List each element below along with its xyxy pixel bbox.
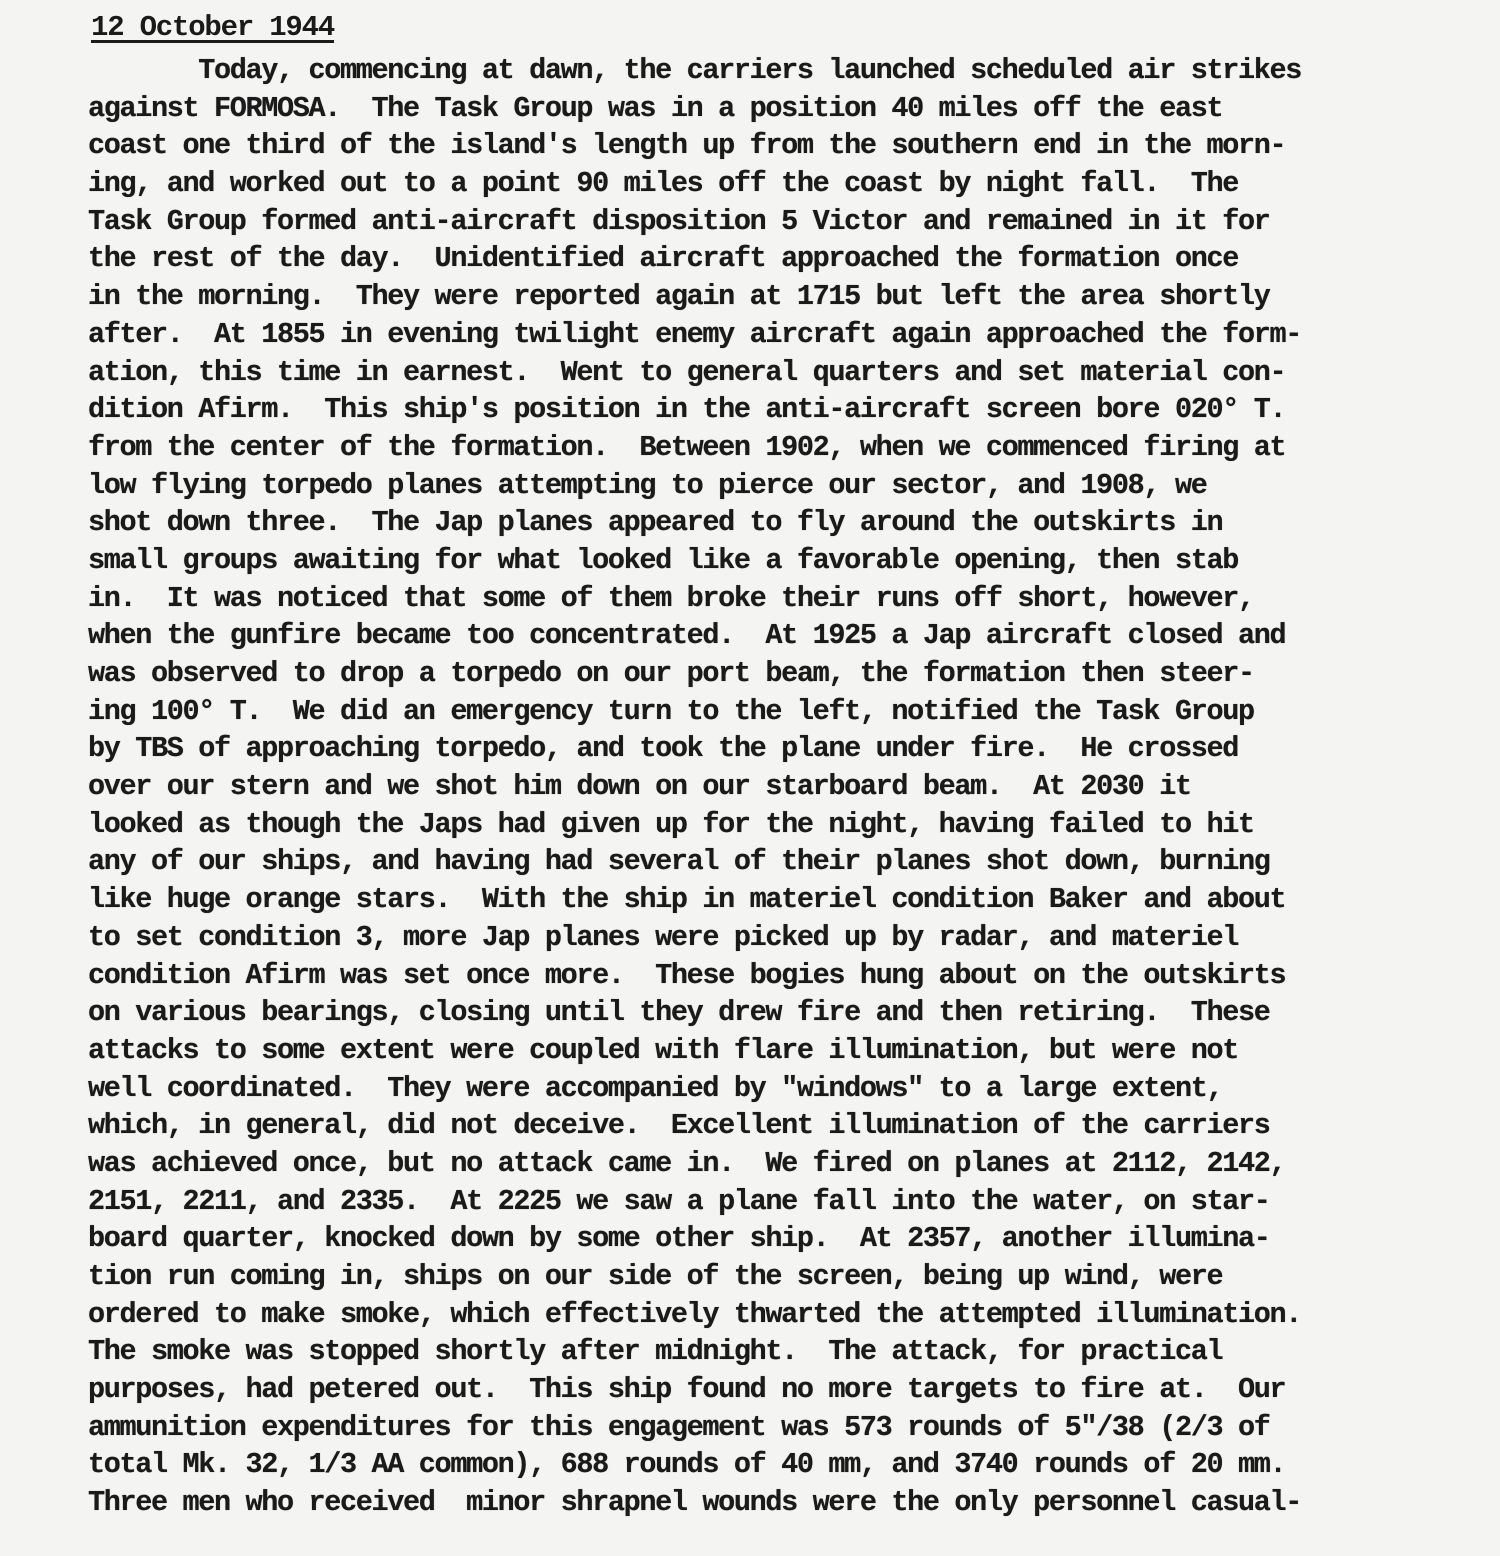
text-line: Task Group formed anti-aircraft disposit… — [88, 203, 1301, 241]
text-line: total Mk. 32, 1/3 AA common), 688 rounds… — [88, 1446, 1301, 1484]
text-line: 2151, 2211, and 2335. At 2225 we saw a p… — [88, 1183, 1301, 1221]
text-line: in. It was noticed that some of them bro… — [88, 580, 1301, 618]
text-line: condition Afirm was set once more. These… — [88, 957, 1301, 995]
text-line: well coordinated. They were accompanied … — [88, 1070, 1301, 1108]
text-line: on various bearings, closing until they … — [88, 994, 1301, 1032]
text-line: over our stern and we shot him down on o… — [88, 768, 1301, 806]
text-line: was observed to drop a torpedo on our po… — [88, 655, 1301, 693]
text-line: Today, commencing at dawn, the carriers … — [88, 52, 1301, 90]
text-line: which, in general, did not deceive. Exce… — [88, 1107, 1301, 1145]
text-line: ation, this time in earnest. Went to gen… — [88, 354, 1301, 392]
text-line: Three men who received minor shrapnel wo… — [88, 1484, 1301, 1522]
text-line: small groups awaiting for what looked li… — [88, 542, 1301, 580]
text-line: like huge orange stars. With the ship in… — [88, 881, 1301, 919]
text-line: ammunition expenditures for this engagem… — [88, 1409, 1301, 1447]
text-line: dition Afirm. This ship's position in th… — [88, 391, 1301, 429]
text-line: against FORMOSA. The Task Group was in a… — [88, 90, 1301, 128]
text-line: in the morning. They were reported again… — [88, 278, 1301, 316]
text-line: ing, and worked out to a point 90 miles … — [88, 165, 1301, 203]
text-line: any of our ships, and having had several… — [88, 843, 1301, 881]
date-heading: 12 October 1944 — [91, 10, 334, 46]
text-line: attacks to some extent were coupled with… — [88, 1032, 1301, 1070]
text-line: ordered to make smoke, which effectively… — [88, 1296, 1301, 1334]
text-line: tion run coming in, ships on our side of… — [88, 1258, 1301, 1296]
text-line: when the gunfire became too concentrated… — [88, 617, 1301, 655]
text-line: purposes, had petered out. This ship fou… — [88, 1371, 1301, 1409]
text-line: The smoke was stopped shortly after midn… — [88, 1333, 1301, 1371]
text-line: board quarter, knocked down by some othe… — [88, 1220, 1301, 1258]
text-line: was achieved once, but no attack came in… — [88, 1145, 1301, 1183]
text-line: to set condition 3, more Jap planes were… — [88, 919, 1301, 957]
text-line: by TBS of approaching torpedo, and took … — [88, 730, 1301, 768]
body-paragraph: Today, commencing at dawn, the carriers … — [88, 52, 1301, 1522]
text-line: coast one third of the island's length u… — [88, 127, 1301, 165]
text-line: looked as though the Japs had given up f… — [88, 806, 1301, 844]
text-line: ing 100° T. We did an emergency turn to … — [88, 693, 1301, 731]
text-line: the rest of the day. Unidentified aircra… — [88, 240, 1301, 278]
text-line: from the center of the formation. Betwee… — [88, 429, 1301, 467]
text-line: low flying torpedo planes attempting to … — [88, 467, 1301, 505]
text-line: after. At 1855 in evening twilight enemy… — [88, 316, 1301, 354]
text-line: shot down three. The Jap planes appeared… — [88, 504, 1301, 542]
document-page: 12 October 1944 Today, commencing at daw… — [0, 0, 1500, 1556]
